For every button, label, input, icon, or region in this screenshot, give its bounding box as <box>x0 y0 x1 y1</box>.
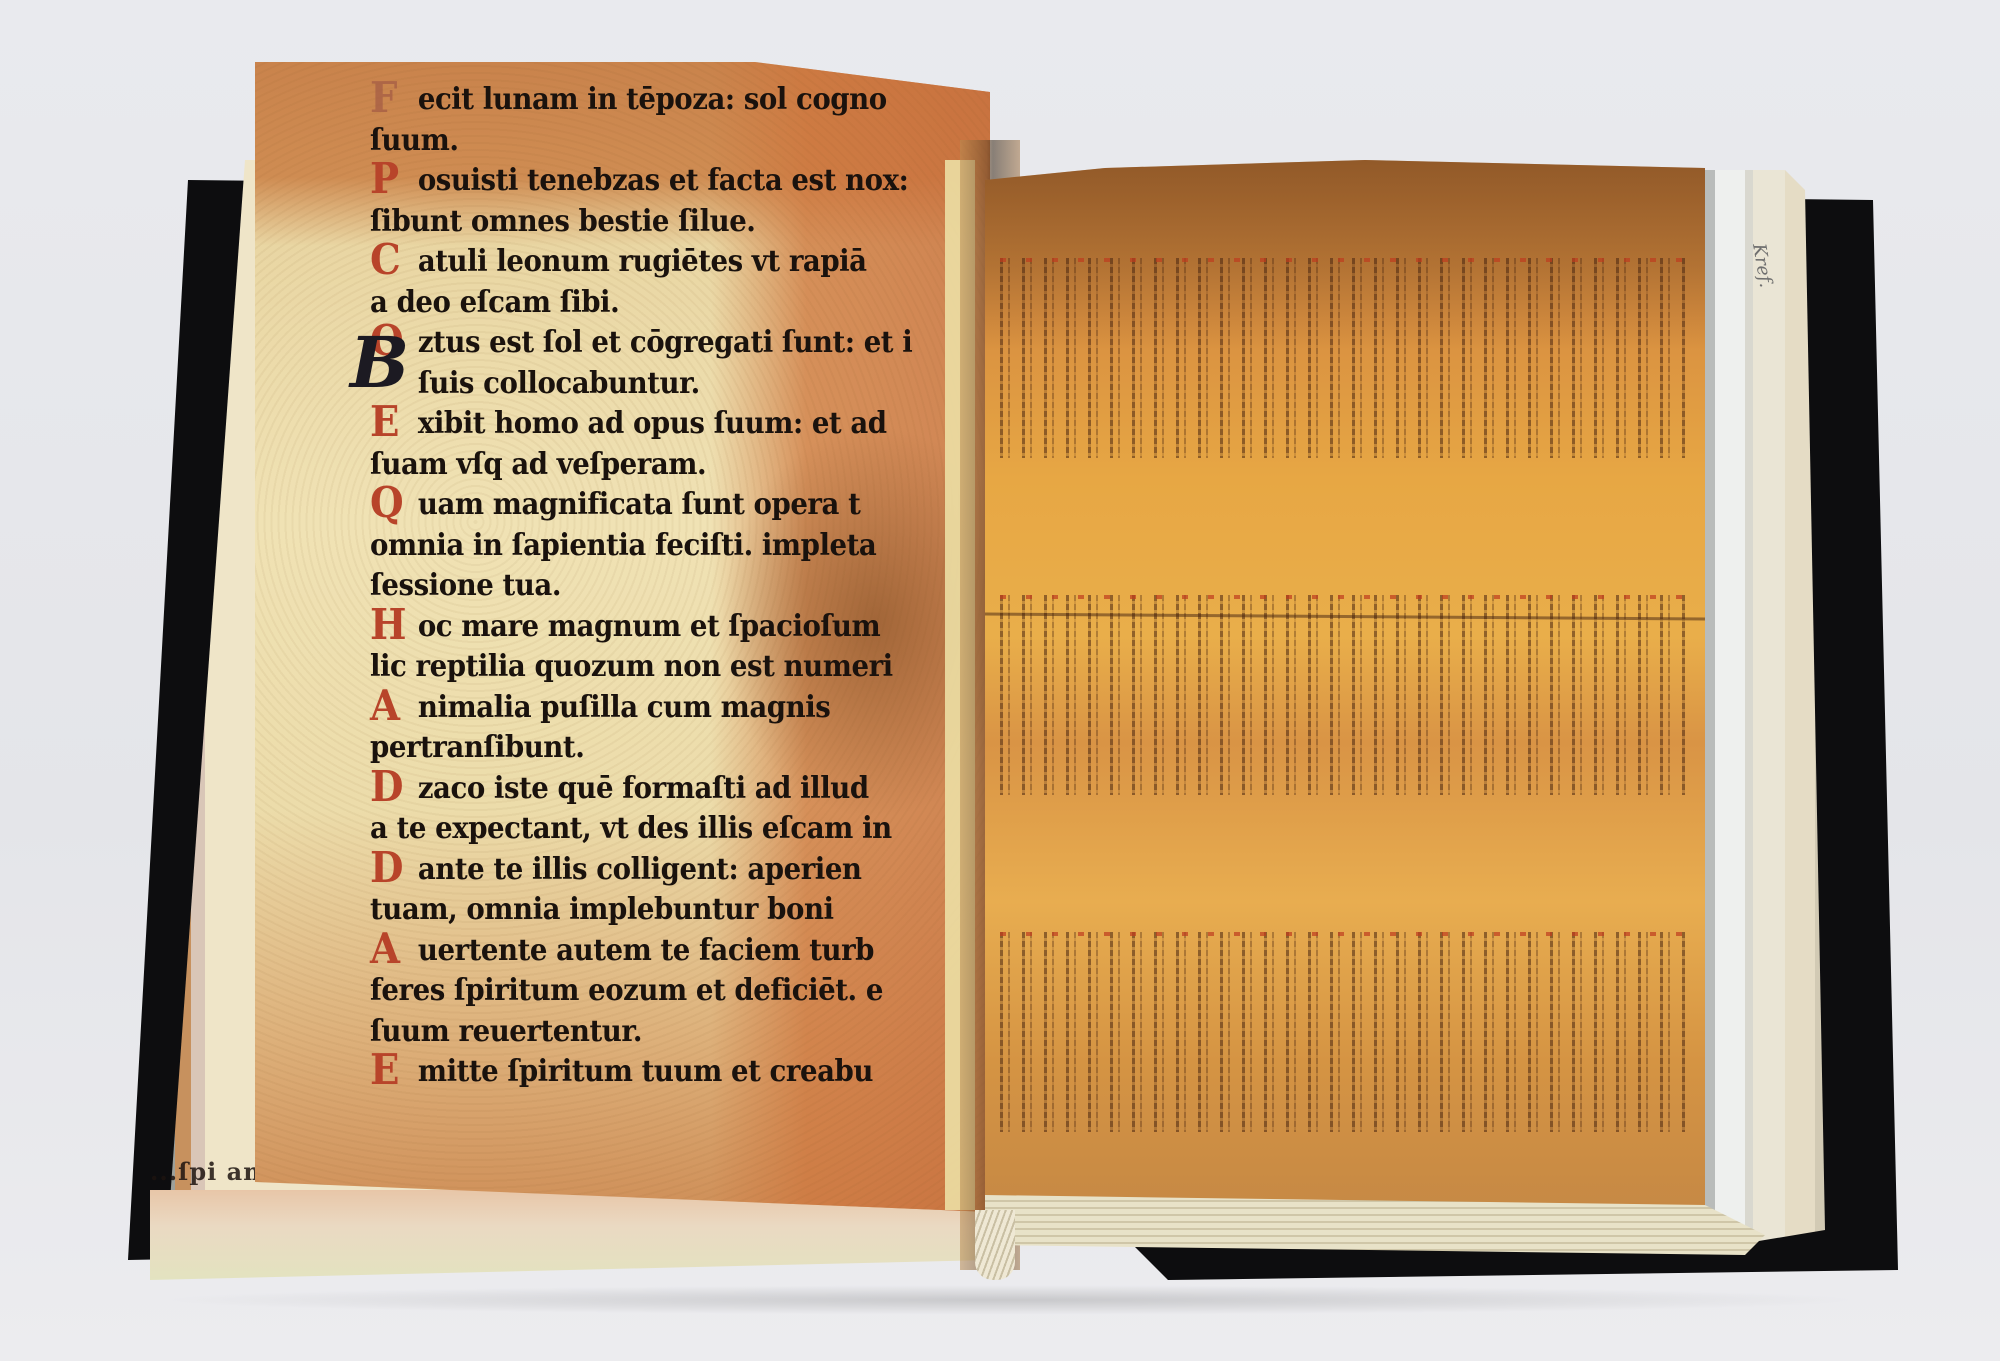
manuscript-band: middle register band <box>1000 595 1690 795</box>
text-line: a deo eſcam ſibi. <box>370 283 922 324</box>
text-line: ſuam vſq ad veſperam. <box>370 445 922 486</box>
manuscript-columns: upper register bandmiddle register bandl… <box>1000 190 1690 1200</box>
rubricated-initial: C <box>370 238 400 282</box>
line-text: ante te illis colligent: aperien <box>418 852 862 887</box>
line-text: ecit lunam in tēpoza: sol cogno <box>418 82 887 117</box>
text-line: Quam magnificata ſunt opera t <box>370 485 922 526</box>
rubric-marks <box>1000 248 1690 262</box>
manuscript-band: lower register band <box>1000 932 1690 1132</box>
rubric-marks <box>1000 922 1690 936</box>
rubricated-initial: A <box>370 684 400 728</box>
line-text: ſuum reuertentur. <box>370 1014 642 1049</box>
line-text: ztus est ſol et cōgregati ſunt: et i <box>418 325 912 360</box>
text-line: ſuum reuertentur. <box>370 1012 922 1053</box>
text-line: omnia in ſapientia feciſti. impleta <box>370 526 922 567</box>
book-shadow <box>150 1285 1870 1315</box>
text-line: a te expectant, vt des illis eſcam in <box>370 809 922 850</box>
line-text: ſuum. <box>370 123 459 158</box>
text-line: Dante te illis colligent: aperien <box>370 850 922 891</box>
text-line: ſibunt omnes bestie ſilue. <box>370 202 922 243</box>
text-line: feres ſpiritum eozum et deficiēt. e <box>370 971 922 1012</box>
line-text: uam magnificata ſunt opera t <box>418 487 861 522</box>
text-line: Auertente autem te faciem turb <box>370 931 922 972</box>
rubricated-initial: P <box>370 157 399 201</box>
text-line: Exibit homo ad opus ſuum: et ad <box>370 404 922 445</box>
gothic-text-block: Fecit lunam in tēpoza: sol cognoſuum.Pos… <box>370 80 970 1093</box>
line-text: atuli leonum rugiētes vt rapiā <box>418 244 867 279</box>
line-text: ſuam vſq ad veſperam. <box>370 447 706 482</box>
line-text: ſessione tua. <box>370 568 561 603</box>
rubricated-initial: H <box>370 603 406 647</box>
line-text: a te expectant, vt des illis eſcam in <box>370 811 892 846</box>
line-text: nimalia puſilla cum magnis <box>418 690 830 725</box>
text-line: tuam, omnia implebuntur boni <box>370 890 922 931</box>
text-line: Catuli leonum rugiētes vt rapiā <box>370 242 922 283</box>
text-line: Posuisti tenebzas et facta est nox: <box>370 161 922 202</box>
text-line: ſuum. <box>370 121 922 162</box>
rubricated-initial: E <box>370 1048 399 1092</box>
text-line: Oztus est ſol et cōgregati ſunt: et i <box>370 323 922 364</box>
line-text: xibit homo ad opus ſuum: et ad <box>418 406 887 441</box>
line-text: zaco iste quē formaſti ad illud <box>418 771 869 806</box>
headband <box>975 1210 1015 1280</box>
text-line: ſuis collocabuntur. <box>370 364 922 405</box>
text-line: Animalia puſilla cum magnis <box>370 688 922 729</box>
line-text: lic reptilia quozum non est numeri <box>370 649 893 684</box>
text-line: lic reptilia quozum non est numeri <box>370 647 922 688</box>
text-line: Hoc mare magnum et ſpacioſum <box>370 607 922 648</box>
line-text: ſuis collocabuntur. <box>418 366 700 401</box>
text-line: ſessione tua. <box>370 566 922 607</box>
rubricated-initial: E <box>370 400 399 444</box>
line-text: feres ſpiritum eozum et deficiēt. e <box>370 973 883 1008</box>
text-line: Dzaco iste quē formaſti ad illud <box>370 769 922 810</box>
text-line: Emitte ſpiritum tuum et creabu <box>370 1052 922 1093</box>
rubricated-initial: A <box>370 927 400 971</box>
rubricated-initial: Q <box>370 481 403 525</box>
line-text: pertranſibunt. <box>370 730 584 765</box>
photo-scene: ...ſpi amini ſuic... Fecit lunam in tēpo… <box>0 0 2000 1361</box>
right-page-stack <box>1705 170 1825 1260</box>
line-text: oc mare magnum et ſpacioſum <box>418 609 880 644</box>
decorated-initial: B <box>350 328 409 398</box>
line-text: a deo eſcam ſibi. <box>370 285 619 320</box>
line-text: ſibunt omnes bestie ſilue. <box>370 204 755 239</box>
text-line: Fecit lunam in tēpoza: sol cogno <box>370 80 922 121</box>
rubric-marks <box>1000 585 1690 599</box>
line-text: mitte ſpiritum tuum et creabu <box>418 1054 873 1089</box>
line-text: uertente autem te faciem turb <box>418 933 874 968</box>
line-text: osuisti tenebzas et facta est nox: <box>418 163 908 198</box>
manuscript-band: upper register band <box>1000 258 1690 458</box>
line-text: tuam, omnia implebuntur boni <box>370 892 834 927</box>
right-page: upper register bandmiddle register bandl… <box>985 160 1705 1220</box>
text-line: pertranſibunt. <box>370 728 922 769</box>
rubricated-initial: F <box>370 76 397 120</box>
rubricated-initial: D <box>370 765 403 809</box>
rubricated-initial: D <box>370 846 403 890</box>
line-text: omnia in ſapientia feciſti. impleta <box>370 528 876 563</box>
